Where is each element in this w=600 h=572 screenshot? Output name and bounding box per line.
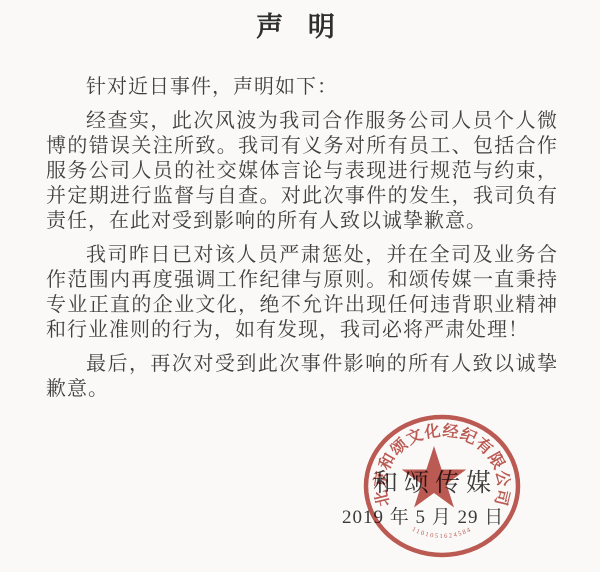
company-seal-stamp: 北京和颂文化经纪有限公司 1101051624584 (357, 411, 529, 563)
star-icon (402, 446, 467, 508)
statement-document-page: 声 明 针对近日事件，声明如下： 经查实，此次风波为我司合作服务公司人员个人微博… (0, 0, 600, 572)
statement-paragraph: 我司昨日已对该人员严肃惩处，并在全司及业务合作范围内再度强调工作纪律与原则。和颂… (46, 243, 558, 343)
statement-paragraph: 经查实，此次风波为我司合作服务公司人员个人微博的错误关注所致。我司有义务对所有员… (46, 109, 558, 234)
seal-registration-number: 1101051624584 (411, 526, 473, 540)
page-title: 声 明 (0, 5, 600, 44)
statement-intro-paragraph: 针对近日事件，声明如下： (46, 75, 558, 100)
statement-body: 针对近日事件，声明如下： 经查实，此次风波为我司合作服务公司人员个人微博的错误关… (46, 75, 558, 411)
statement-paragraph: 最后，再次对受到此次事件影响的所有人致以诚挚歉意。 (46, 352, 558, 402)
